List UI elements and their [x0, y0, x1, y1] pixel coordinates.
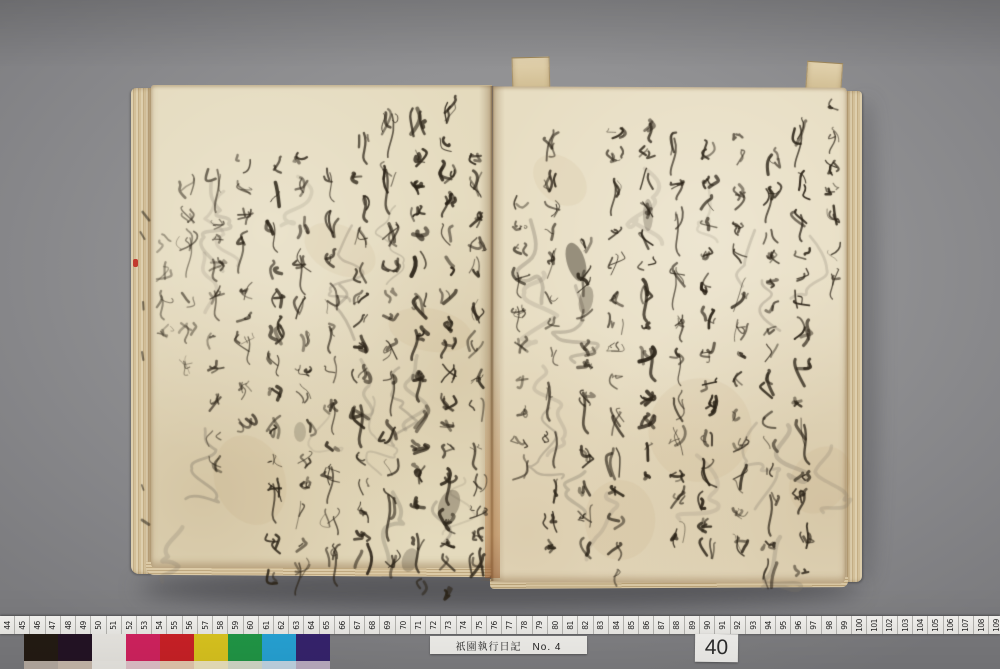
- ruler-number: 100: [856, 619, 863, 632]
- ruler-number-cell: 52: [122, 616, 137, 634]
- ruler-number-cell: 45: [15, 616, 30, 634]
- patch-violet: [296, 634, 330, 661]
- ruler-number: 87: [658, 621, 665, 630]
- patch-magenta: [126, 634, 160, 661]
- ruler-number-cell: 86: [639, 616, 654, 634]
- ruler-number-cell: 62: [274, 616, 289, 634]
- ruler-number-cell: 107: [959, 616, 974, 634]
- ruler-number-cell: 93: [746, 616, 761, 634]
- pale-patch-cyan: [262, 661, 296, 669]
- ruler-number-cell: 60: [244, 616, 259, 634]
- ruler-number-cell: 64: [304, 616, 319, 634]
- ruler-number-cell: 89: [685, 616, 700, 634]
- ruler-number-cell: 109: [989, 616, 1000, 634]
- ruler-number: 97: [810, 621, 817, 630]
- ruler-number-cell: 49: [76, 616, 91, 634]
- ruler-number: 105: [932, 619, 939, 632]
- pale-patch-yellow: [194, 661, 228, 669]
- archive-label: 祇園執行日記 No. 4: [430, 636, 587, 654]
- ruler-number-cell: 56: [183, 616, 198, 634]
- ruler-number: 52: [125, 621, 132, 630]
- ruler-number-cell: 103: [898, 616, 913, 634]
- ruler-number: 55: [171, 621, 178, 630]
- ruler-number-cell: 51: [107, 616, 122, 634]
- ruler-number-cell: 66: [335, 616, 350, 634]
- ruler-number-cell: 74: [457, 616, 472, 634]
- ruler-number: 104: [917, 619, 924, 632]
- ruler-number-cell: 87: [654, 616, 669, 634]
- pale-patch-black-brown: [24, 661, 58, 669]
- ruler-number-cell: 85: [624, 616, 639, 634]
- ruler-number-cell: 81: [563, 616, 578, 634]
- ruler-number-cell: 104: [913, 616, 928, 634]
- ruler-number-cell: 61: [259, 616, 274, 634]
- pale-patch-violet: [296, 661, 330, 669]
- ruler-number: 94: [765, 621, 772, 630]
- ruler-number: 51: [110, 621, 117, 630]
- ruler-number-cell: 72: [426, 616, 441, 634]
- ruler-number: 64: [308, 621, 315, 630]
- right-page: [491, 86, 847, 583]
- ruler-number-cell: 92: [731, 616, 746, 634]
- ruler-number-cell: 73: [441, 616, 456, 634]
- ruler-number: 59: [232, 621, 239, 630]
- ruler-number: 89: [688, 621, 695, 630]
- patch-red: [160, 634, 194, 661]
- ruler-number: 85: [628, 621, 635, 630]
- ruler-number: 49: [80, 621, 87, 630]
- ruler-number-cell: 68: [365, 616, 380, 634]
- ruler-number-cell: 101: [867, 616, 882, 634]
- ruler-number-cell: 78: [517, 616, 532, 634]
- pale-patch-black-purple: [58, 661, 92, 669]
- ruler-number-cell: 57: [198, 616, 213, 634]
- sheet-number-label: 40: [695, 634, 738, 662]
- ruler-number: 80: [551, 621, 558, 630]
- ruler-number: 101: [871, 619, 878, 632]
- ruler-number: 92: [734, 621, 741, 630]
- ruler-number: 78: [521, 621, 528, 630]
- photo-background: 4445464748495051525354555657585960616263…: [0, 0, 1000, 669]
- ruler-number: 102: [886, 619, 893, 632]
- ruler-number: 71: [415, 621, 422, 630]
- ruler-number: 72: [430, 621, 437, 630]
- patch-cyan: [262, 634, 296, 661]
- ruler-number: 81: [567, 621, 574, 630]
- ruler-number-cell: 67: [350, 616, 365, 634]
- ruler-number: 70: [399, 621, 406, 630]
- ruler-number-cell: 65: [320, 616, 335, 634]
- ruler-number-cell: 91: [715, 616, 730, 634]
- ruler-number-cell: 79: [533, 616, 548, 634]
- ruler-number-cell: 96: [791, 616, 806, 634]
- ruler-number-cell: 53: [137, 616, 152, 634]
- ruler-number-cell: 71: [411, 616, 426, 634]
- ruler-number-cell: 75: [472, 616, 487, 634]
- ruler-number-cell: 47: [46, 616, 61, 634]
- ruler-number: 60: [247, 621, 254, 630]
- pale-patch-magenta: [126, 661, 160, 669]
- ruler-number: 84: [612, 621, 619, 630]
- measurement-ruler: 4445464748495051525354555657585960616263…: [0, 616, 1000, 634]
- ruler-number-cell: 55: [167, 616, 182, 634]
- ruler-number-cell: 54: [152, 616, 167, 634]
- ruler-number: 44: [4, 621, 11, 630]
- patch-green: [228, 634, 262, 661]
- pale-patch-white: [92, 661, 126, 669]
- ruler-number: 74: [460, 621, 467, 630]
- patch-yellow: [194, 634, 228, 661]
- ruler-number: 103: [902, 619, 909, 632]
- ruler-number: 54: [156, 621, 163, 630]
- ruler-number: 83: [597, 621, 604, 630]
- ruler-number-cell: 58: [213, 616, 228, 634]
- ruler-number: 99: [841, 621, 848, 630]
- ruler-number: 53: [141, 621, 148, 630]
- ruler-number-cell: 97: [807, 616, 822, 634]
- ruler-number: 96: [795, 621, 802, 630]
- ruler-number-cell: 90: [700, 616, 715, 634]
- ruler-number: 95: [780, 621, 787, 630]
- ruler-number: 86: [643, 621, 650, 630]
- ruler-number-cell: 100: [852, 616, 867, 634]
- ruler-number-cell: 63: [289, 616, 304, 634]
- ruler-number: 62: [278, 621, 285, 630]
- ruler-number: 69: [384, 621, 391, 630]
- ruler-number: 61: [262, 621, 269, 630]
- ruler-number-cell: 88: [670, 616, 685, 634]
- ruler-number: 73: [445, 621, 452, 630]
- ruler-number: 76: [491, 621, 498, 630]
- ruler-number: 48: [64, 621, 71, 630]
- color-calibration-pale-patches: [24, 661, 330, 669]
- ruler-number: 75: [475, 621, 482, 630]
- ruler-number: 88: [673, 621, 680, 630]
- ruler-number: 90: [704, 621, 711, 630]
- ruler-number: 58: [217, 621, 224, 630]
- ruler-number-cell: 80: [548, 616, 563, 634]
- ruler-number-cell: 94: [761, 616, 776, 634]
- archive-label-text: 祇園執行日記 No. 4: [456, 638, 562, 653]
- pale-patch-green: [228, 661, 262, 669]
- left-page: [151, 85, 492, 568]
- ruler-number-cell: 48: [61, 616, 76, 634]
- left-page-edge-stack: [131, 88, 153, 574]
- ruler-number: 46: [34, 621, 41, 630]
- ruler-number: 65: [323, 621, 330, 630]
- patch-black-brown: [24, 634, 58, 661]
- pale-patch-red: [160, 661, 194, 669]
- ruler-number-cell: 44: [0, 616, 15, 634]
- ruler-number-cell: 83: [594, 616, 609, 634]
- ruler-number: 91: [719, 621, 726, 630]
- ruler-number: 106: [947, 619, 954, 632]
- ruler-number: 68: [369, 621, 376, 630]
- ruler-number-cell: 46: [30, 616, 45, 634]
- ruler-number-cell: 77: [502, 616, 517, 634]
- ruler-number-cell: 98: [822, 616, 837, 634]
- ruler-number: 63: [293, 621, 300, 630]
- ruler-number: 66: [338, 621, 345, 630]
- ruler-number: 56: [186, 621, 193, 630]
- ruler-number: 50: [95, 621, 102, 630]
- ruler-number-cell: 50: [91, 616, 106, 634]
- ruler-number-cell: 102: [883, 616, 898, 634]
- color-calibration-patches: [24, 634, 330, 661]
- ruler-number: 45: [19, 621, 26, 630]
- ruler-number: 79: [536, 621, 543, 630]
- ruler-number-cell: 84: [609, 616, 624, 634]
- ruler-number: 108: [978, 619, 985, 632]
- ruler-number: 67: [354, 621, 361, 630]
- ruler-number-cell: 76: [487, 616, 502, 634]
- ruler-number-cell: 95: [776, 616, 791, 634]
- ruler-number: 47: [49, 621, 56, 630]
- ruler-number-cell: 105: [928, 616, 943, 634]
- right-page-edge-stack: [845, 91, 862, 582]
- ruler-number: 77: [506, 621, 513, 630]
- patch-white: [92, 634, 126, 661]
- patch-black-purple: [58, 634, 92, 661]
- ruler-number: 57: [201, 621, 208, 630]
- ruler-number: 107: [962, 619, 969, 632]
- ruler-number-cell: 59: [228, 616, 243, 634]
- ruler-number: 98: [825, 621, 832, 630]
- ruler-number: 82: [582, 621, 589, 630]
- ruler-number-cell: 106: [944, 616, 959, 634]
- red-edge-mark: [133, 259, 138, 267]
- ruler-number-cell: 70: [396, 616, 411, 634]
- ruler-number-cell: 108: [974, 616, 989, 634]
- ruler-number-cell: 82: [578, 616, 593, 634]
- sheet-number-text: 40: [705, 636, 729, 660]
- gutter-warm-shading: [485, 360, 500, 578]
- ruler-number-cell: 99: [837, 616, 852, 634]
- ruler-number-cell: 69: [380, 616, 395, 634]
- ruler-number: 109: [993, 619, 1000, 632]
- ruler-number: 93: [749, 621, 756, 630]
